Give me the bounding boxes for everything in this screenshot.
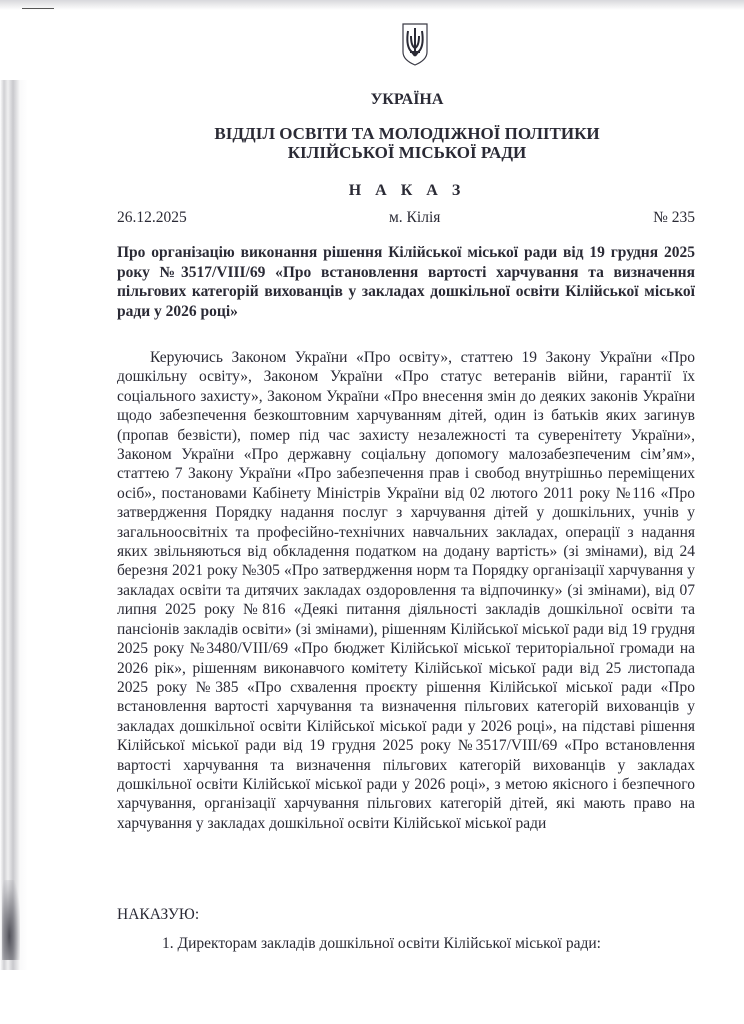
department-line-2: КІЛІЙСЬКОЇ МІСЬКОЇ РАДИ [117,143,697,162]
document-meta: 26.12.2025 м. Кілія № 235 [117,209,695,229]
document-type-heading: Н А К А З [117,182,697,200]
scan-left-blot [2,880,20,960]
department-line-1: ВІДДІЛ ОСВІТИ ТА МОЛОДІЖНОЇ ПОЛІТИКИ [117,124,697,143]
department-heading: ВІДДІЛ ОСВІТИ ТА МОЛОДІЖНОЇ ПОЛІТИКИ КІЛ… [117,124,697,162]
document-city: м. Кілія [389,209,440,227]
preamble-paragraph: Керуючись Законом України «Про освіту», … [117,348,695,833]
scan-left-streak [0,80,30,970]
document-subject: Про організацію виконання рішення Кілійс… [117,243,695,321]
document-date: 26.12.2025 [117,209,187,227]
document-number: № 235 [653,209,695,227]
country-heading: УКРАЇНА [117,91,697,109]
scan-top-shadow [0,0,744,10]
directive-heading: НАКАЗУЮ: [117,906,199,924]
trident-coat-of-arms-icon [401,22,429,66]
order-item-1: 1. Директорам закладів дошкільної освіти… [162,935,601,953]
scan-edge-mark [22,8,54,9]
